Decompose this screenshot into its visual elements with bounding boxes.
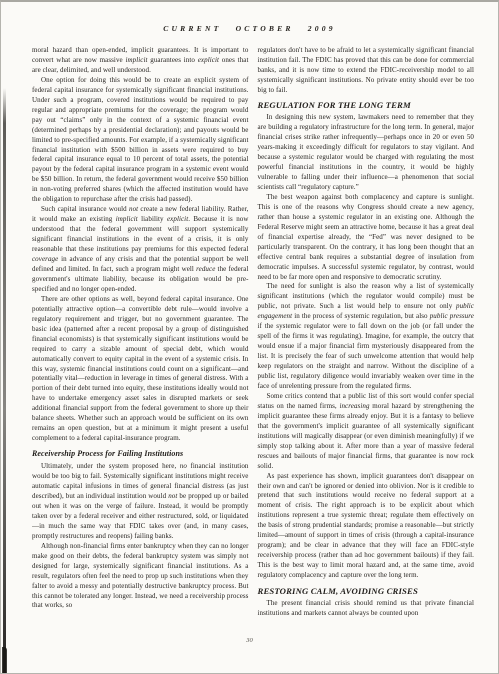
- page-number: 30: [1, 637, 498, 644]
- paragraph: Although non-financial firms enter bankr…: [32, 542, 249, 612]
- running-head: CURRENT OCTOBER 2009: [1, 24, 498, 33]
- paragraph: There are other options as well, beyond …: [32, 295, 249, 444]
- section-subheading: Receivership Process for Failing Institu…: [32, 449, 249, 460]
- paragraph: In designing this new system, lawmakers …: [258, 113, 475, 193]
- left-column: moral hazard than open-ended, implicit g…: [32, 46, 249, 618]
- paragraph: moral hazard than open-ended, implicit g…: [32, 46, 249, 76]
- scan-corner-mark: [2, 647, 7, 673]
- scan-spine-shadow: [3, 88, 6, 673]
- paragraph: Such capital insurance would not create …: [32, 205, 249, 295]
- article-body: moral hazard than open-ended, implicit g…: [32, 46, 474, 618]
- right-column: regulators don't have to be afraid to le…: [258, 46, 475, 618]
- paragraph: Ultimately, under the system proposed he…: [32, 462, 249, 542]
- section-heading: REGULATION FOR THE LONG TERM: [258, 100, 475, 111]
- paragraph: As past experience has shown, implicit g…: [258, 472, 475, 581]
- paragraph: The need for sunlight is also the reason…: [258, 282, 475, 391]
- paragraph: The best weapon against both complacency…: [258, 193, 475, 283]
- magazine-page: CURRENT OCTOBER 2009 moral hazard than o…: [0, 0, 499, 674]
- section-heading: RESTORING CALM, AVOIDING CRISES: [258, 586, 475, 597]
- paragraph: regulators don't have to be afraid to le…: [258, 46, 475, 96]
- paragraph: One option for doing this would be to cr…: [32, 76, 249, 205]
- paragraph: Some critics contend that a public list …: [258, 392, 475, 472]
- paragraph: The present financial crisis should remi…: [258, 599, 475, 619]
